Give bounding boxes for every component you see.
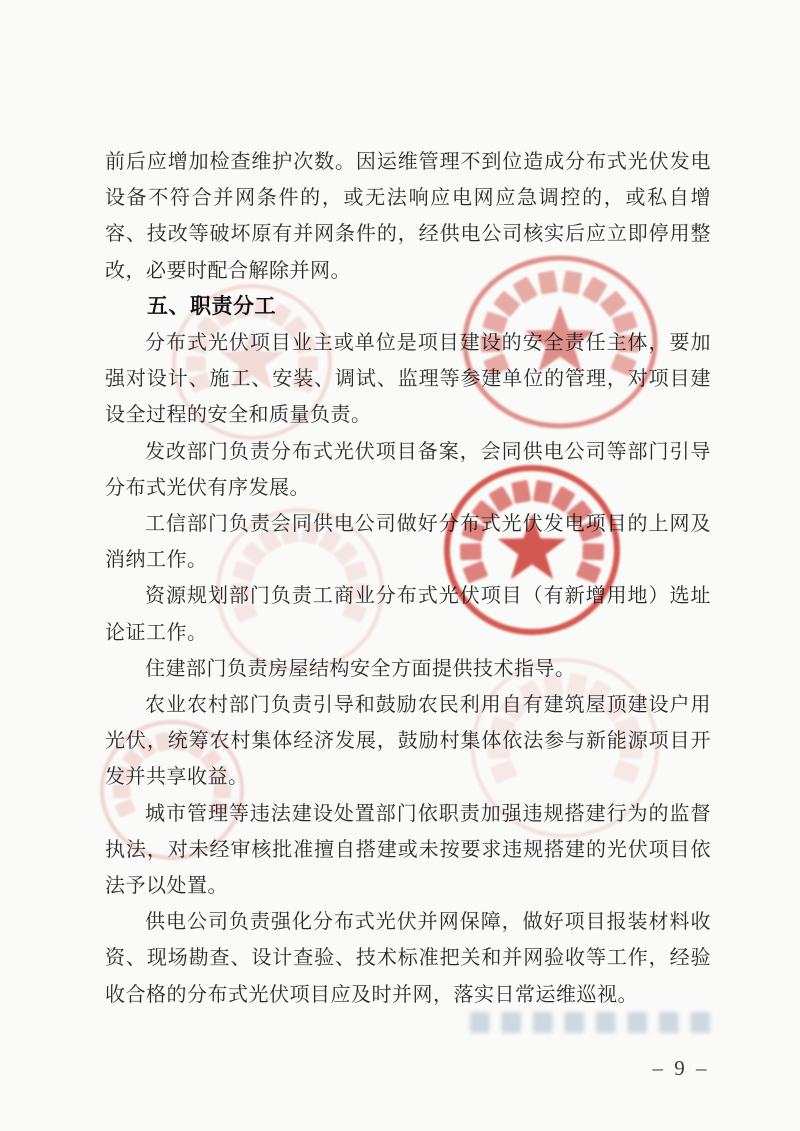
page-number: – 9 –	[636, 1056, 726, 1081]
bleed-through-text	[470, 1012, 710, 1033]
section-heading: 五、职责分工	[105, 289, 711, 325]
paragraph: 城市管理等违法建设处置部门依职责加强违规搭建行为的监督执法，对未经审核批准擅自搭…	[105, 796, 711, 905]
document-body: 前后应增加检查维护次数。因运维管理不到位造成分布式光伏发电设备不符合并网条件的，…	[105, 144, 711, 1013]
paragraph: 工信部门负责会同供电公司做好分布式光伏发电项目的上网及消纳工作。	[105, 506, 711, 578]
paragraph: 前后应增加检查维护次数。因运维管理不到位造成分布式光伏发电设备不符合并网条件的，…	[105, 144, 711, 289]
paragraph: 住建部门负责房屋结构安全方面提供技术指导。	[105, 651, 711, 687]
paragraph: 供电公司负责强化分布式光伏并网保障，做好项目报装材料收资、现场勘查、设计查验、技…	[105, 904, 711, 1013]
paragraph: 发改部门负责分布式光伏项目备案，会同供电公司等部门引导分布式光伏有序发展。	[105, 434, 711, 506]
paragraph: 资源规划部门负责工商业分布式光伏项目（有新增用地）选址论证工作。	[105, 578, 711, 650]
paragraph: 农业农村部门负责引导和鼓励农民利用自有建筑屋顶建设户用光伏，统筹农村集体经济发展…	[105, 687, 711, 796]
document-page: 前后应增加检查维护次数。因运维管理不到位造成分布式光伏发电设备不符合并网条件的，…	[0, 0, 800, 1131]
paragraph: 分布式光伏项目业主或单位是项目建设的安全责任主体，要加强对设计、施工、安装、调试…	[105, 325, 711, 434]
